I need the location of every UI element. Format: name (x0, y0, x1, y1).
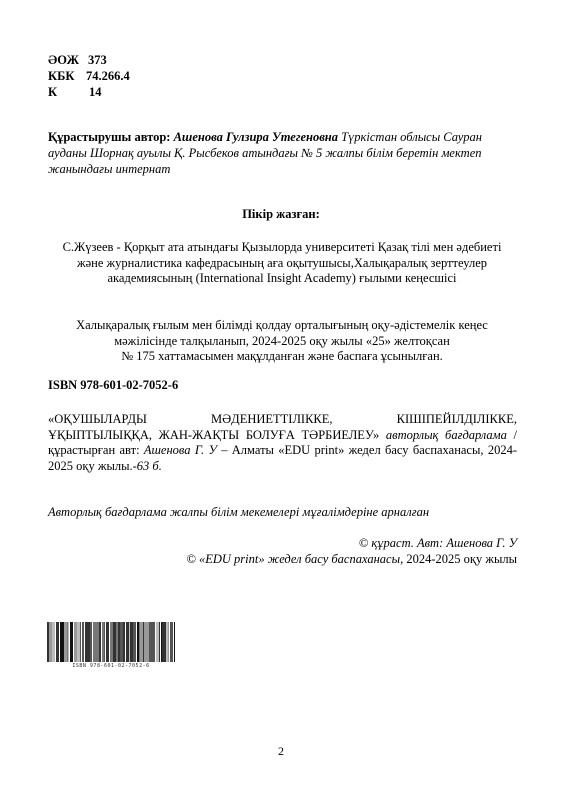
compiler: Ашенова Г. У (144, 443, 217, 457)
copyright-publisher: © «EDU print» жедел басу баспаханасы, 20… (186, 552, 517, 568)
approval-line: мәжілісінде талқыланып, 2024-2025 оқу жы… (48, 334, 516, 350)
purpose-statement: Авторлық бағдарлама жалпы білім мекемеле… (48, 505, 429, 520)
copyright-author: © құраст. Авт: Ашенова Г. У (186, 536, 517, 552)
classification-value: 74.266.4 (86, 68, 130, 84)
reviewer-text: С.Жүзеев - Қорқыт ата атындағы Қызылорда… (48, 240, 516, 287)
page-count: -63 б. (133, 459, 162, 473)
approval-block: Халықаралық ғылым мен білімді қолдау орт… (48, 318, 516, 365)
barcode-icon (47, 622, 175, 662)
author-name: Ашенова Гулзира Утегеновна (174, 130, 338, 144)
book-type: авторлық бағдарлама (386, 428, 507, 442)
copyright-year: 2024-2025 оқу жылы (403, 552, 517, 566)
book-title-line2: ҰҚЫПТЫЛЫҚҚА, ЖАН-ЖАҚТЫ БОЛУҒА ТӘРБИЕЛЕУ» (48, 428, 379, 442)
copyright-block: © құраст. Авт: Ашенова Г. У © «EDU print… (186, 536, 517, 567)
approval-line: № 175 хаттамасымен мақұлданған және басп… (48, 349, 516, 365)
isbn-barcode: ISBN 978-601-02-7052-6 (47, 622, 175, 672)
copyright-publisher-name: © «EDU print» жедел басу баспаханасы, (186, 552, 403, 566)
isbn: ISBN 978-601-02-7052-6 (48, 378, 178, 393)
book-title-line1: «ОҚУШЫЛАРДЫ МӘДЕНИЕТТІЛІККЕ, КІШІПЕЙІЛДІ… (48, 412, 517, 428)
classification-row: ӘОЖ 373 (48, 52, 130, 68)
classification-row: К 14 (48, 84, 130, 100)
classification-row: КБК 74.266.4 (48, 68, 130, 84)
author-label: Құрастырушы автор: (48, 130, 170, 144)
barcode-caption: ISBN 978-601-02-7052-6 (47, 663, 175, 669)
reviewer-title: Пікір жазған: (0, 207, 562, 222)
classification-codes: ӘОЖ 373 КБК 74.266.4 К 14 (48, 52, 130, 100)
classification-value: 373 (88, 52, 107, 68)
page-number: 2 (0, 744, 562, 759)
author-block: Құрастырушы автор: Ашенова Гулзира Утеге… (48, 129, 518, 177)
classification-key: ӘОЖ (48, 52, 88, 68)
classification-key: КБК (48, 68, 86, 84)
bibliographic-description: «ОҚУШЫЛАРДЫ МӘДЕНИЕТТІЛІККЕ, КІШІПЕЙІЛДІ… (48, 412, 517, 474)
classification-value: 14 (89, 84, 102, 100)
classification-key: К (48, 84, 89, 100)
approval-line: Халықаралық ғылым мен білімді қолдау орт… (48, 318, 516, 334)
